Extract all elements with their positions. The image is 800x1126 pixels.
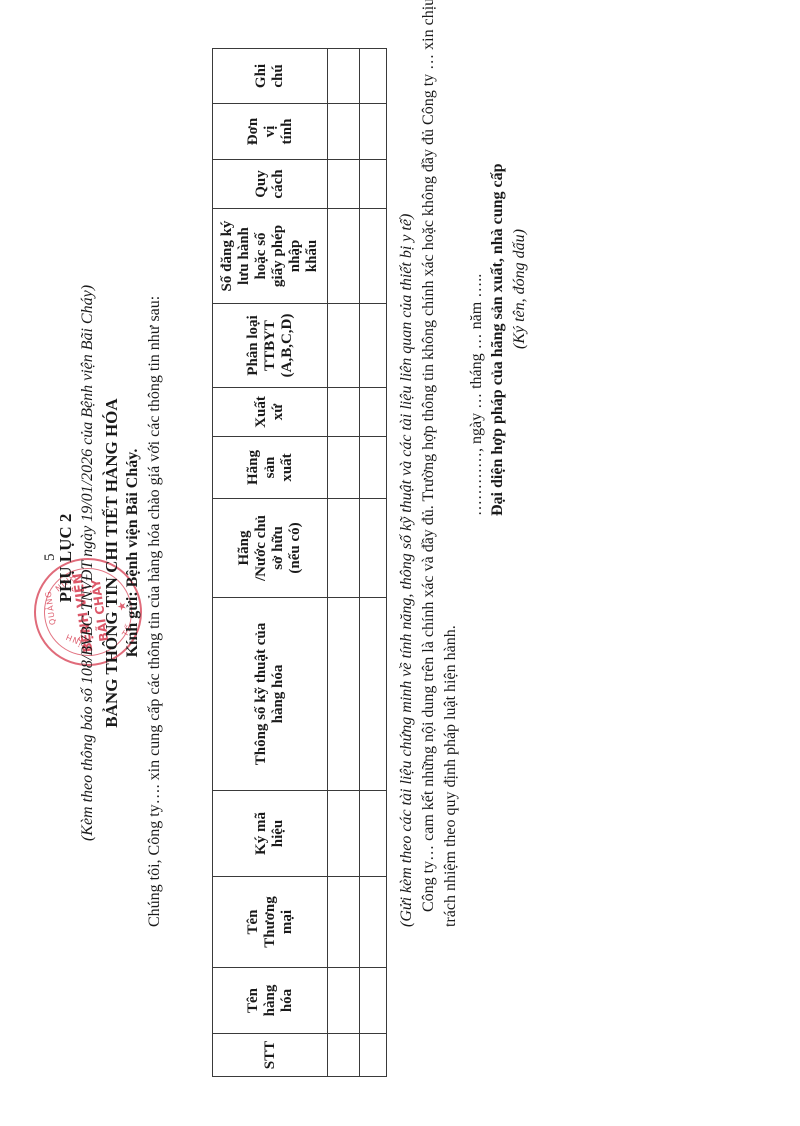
table-cell <box>328 437 360 499</box>
table-cell <box>360 160 387 209</box>
table-cell <box>360 598 387 791</box>
table-cell <box>360 791 387 877</box>
table-cell <box>360 49 387 104</box>
appendix-title: PHỤ LỤC 2 <box>56 0 76 1126</box>
column-header-notes: Ghi chú <box>213 49 328 104</box>
table-cell <box>328 160 360 209</box>
table-cell <box>360 499 387 598</box>
table-cell <box>360 209 387 304</box>
column-header-specification: Quy cách <box>213 160 328 209</box>
column-header-owner-country: Hãng /Nước chủ sở hữu (nếu có) <box>213 499 328 598</box>
table-row <box>328 49 360 1077</box>
table-cell <box>360 1034 387 1077</box>
table-cell <box>328 304 360 388</box>
column-header-model-code: Ký mã hiệu <box>213 791 328 877</box>
attachment-note: (Gửi kèm theo các tài liệu chứng minh về… <box>398 214 416 927</box>
date-line: …………, ngày … tháng … năm ….. <box>468 274 486 516</box>
table-row <box>360 49 387 1077</box>
table-cell <box>360 104 387 160</box>
column-header-manufacturer: Hãng sản xuất <box>213 437 328 499</box>
table-cell <box>328 104 360 160</box>
table-cell <box>328 209 360 304</box>
table-header-row: STT Tên hàng hóa Tên Thương mại Ký mã hi… <box>213 49 328 1077</box>
table-cell <box>360 304 387 388</box>
column-header-unit: Đơn vị tính <box>213 104 328 160</box>
table-cell <box>328 791 360 877</box>
table-cell <box>328 1034 360 1077</box>
commitment-line-1: Công ty… cam kết những nội dung trên là … <box>420 0 438 912</box>
document-subtitle: (Kèm theo thông báo số 108/BVBC-TNVĐT ng… <box>79 0 97 1126</box>
table-cell <box>328 968 360 1034</box>
table-cell <box>360 437 387 499</box>
signatory-title: Đại diện hợp pháp của hãng sản xuất, nhà… <box>489 163 507 516</box>
table-cell <box>328 877 360 968</box>
column-header-technical-specs: Thông số kỹ thuật của hàng hóa <box>213 598 328 791</box>
table-cell <box>328 598 360 791</box>
column-header-registration-number: Số đăng ký lưu hành hoặc số giấy phép nh… <box>213 209 328 304</box>
column-header-device-class: Phân loại TTBYT (A,B,C,D) <box>213 304 328 388</box>
column-header-stt: STT <box>213 1034 328 1077</box>
table-cell <box>360 877 387 968</box>
table-cell <box>360 968 387 1034</box>
table-cell <box>360 388 387 437</box>
table-cell <box>328 499 360 598</box>
column-header-goods-name: Tên hàng hóa <box>213 968 328 1034</box>
commitment-line-2: trách nhiệm theo quy định pháp luật hiện… <box>442 625 460 927</box>
table-cell <box>328 388 360 437</box>
column-header-trade-name: Tên Thương mại <box>213 877 328 968</box>
goods-detail-table: STT Tên hàng hóa Tên Thương mại Ký mã hi… <box>212 48 387 1077</box>
recipient-line: Kính gửi: Bệnh viện Bãi Cháy. <box>124 0 142 1126</box>
column-header-origin: Xuất xứ <box>213 388 328 437</box>
page-title: BẢNG THÔNG TIN CHI TIẾT HÀNG HÓA <box>102 0 122 1126</box>
table-cell <box>328 49 360 104</box>
intro-paragraph: Chúng tôi, Công ty…. xin cung cấp các th… <box>146 296 164 927</box>
signatory-note: (Ký tên, đóng dấu) <box>511 229 529 349</box>
document-page: 5 QUẢNG TỈNH NINH TẾ BỆNH VIỆN BÃI CHÁY … <box>0 0 800 1126</box>
